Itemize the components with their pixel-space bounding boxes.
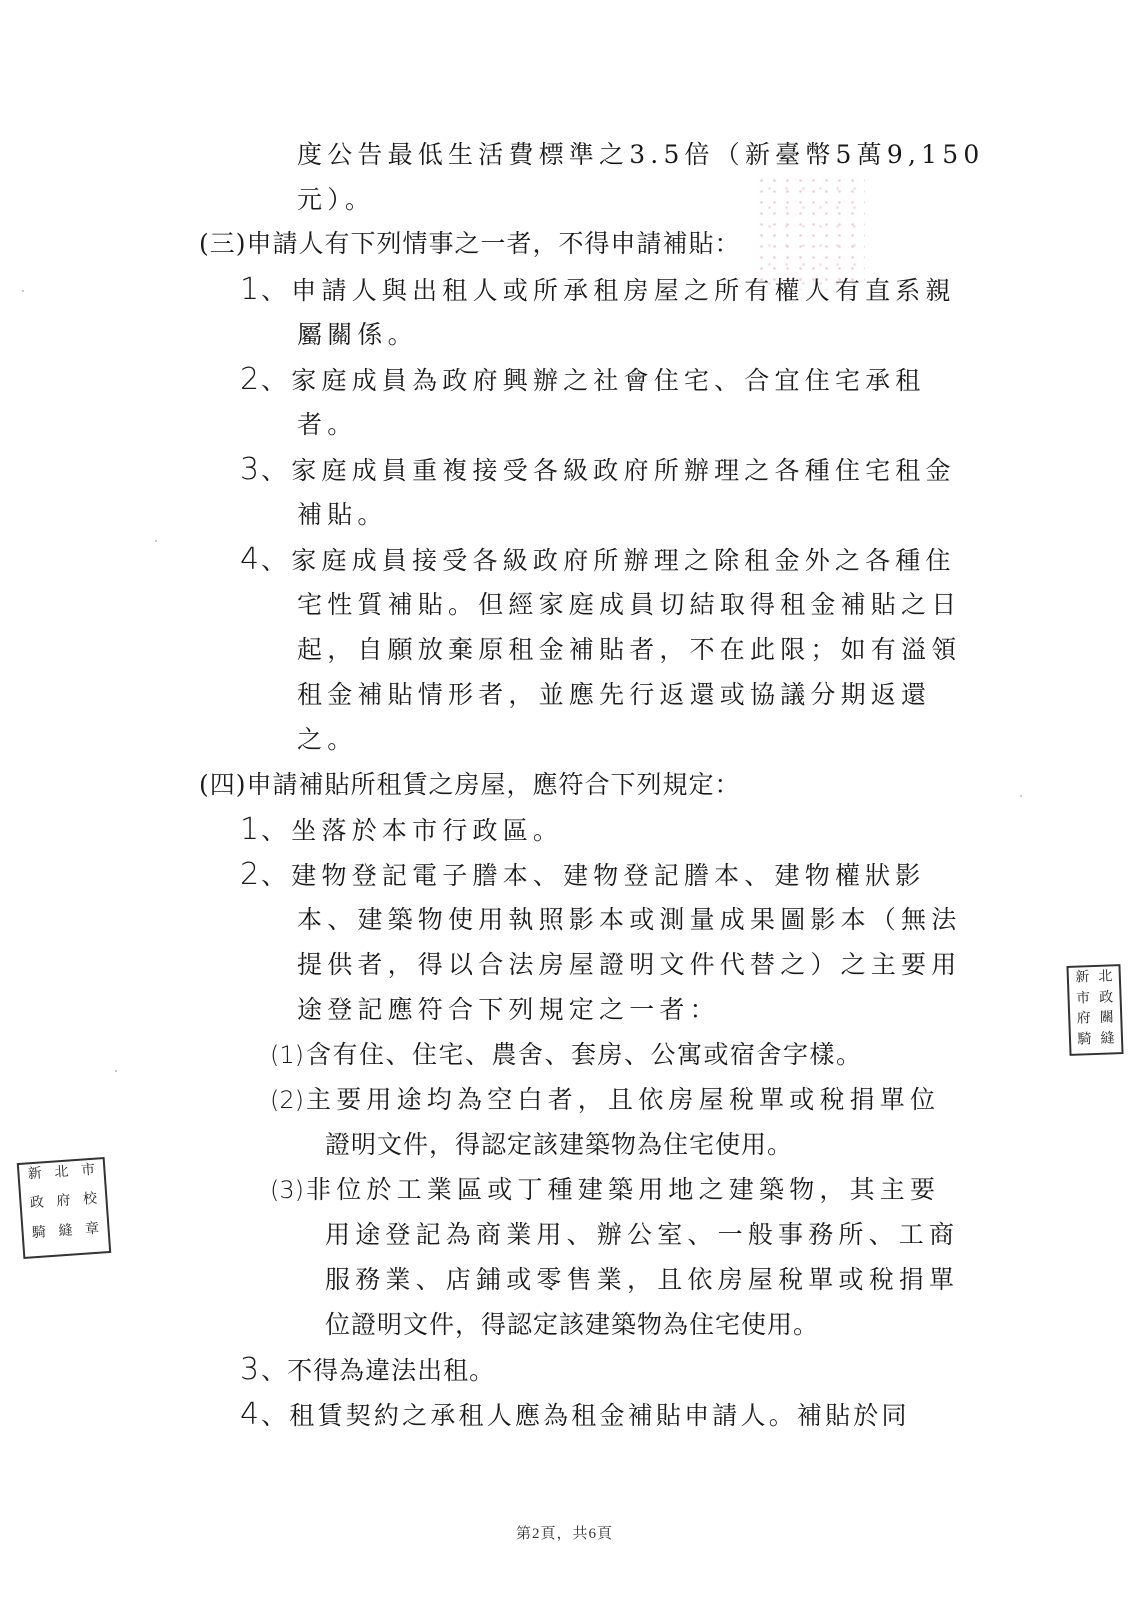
item-text: 非位於工業區或丁種建築用地之建築物，其主要 xyxy=(306,1175,940,1204)
item-number: (3) xyxy=(270,1176,304,1204)
text-line: 租金補貼情形者，並應先行返還或協議分期返還 xyxy=(297,680,931,710)
list-item: 4、家庭成員接受各級政府所辦理之除租金外之各種住 xyxy=(240,545,956,576)
item-text: 、家庭成員重複接受各級政府所辦理之各種住宅租金 xyxy=(261,456,956,485)
text-line: 用途登記為商業用、辦公室、一般事務所、工商 xyxy=(325,1220,959,1250)
list-item: 2、建物登記電子謄本、建物登記謄本、建物權狀影 xyxy=(240,860,926,891)
scan-speck xyxy=(22,290,24,292)
text-line: 位證明文件，得認定該建築物為住宅使用。 xyxy=(325,1310,819,1340)
text-line: 元）。 xyxy=(297,185,375,215)
item-number: (1) xyxy=(270,1041,304,1069)
text-line: 證明文件，得認定該建築物為住宅使用。 xyxy=(325,1130,793,1160)
text-line: 者。 xyxy=(297,410,357,440)
item-text: 、租賃契約之承租人應為租金補貼申請人。補貼於同 xyxy=(261,1401,910,1430)
item-number: 4 xyxy=(240,1397,259,1432)
text-line: 之。 xyxy=(297,725,357,755)
page-footer: 第2頁，共6頁 xyxy=(0,1522,1129,1543)
item-number: 1 xyxy=(240,272,259,307)
item-text: 、不得為違法出租。 xyxy=(261,1356,495,1385)
item-text: 、建物登記電子謄本、建物登記謄本、建物權狀影 xyxy=(261,861,925,890)
item-number: 3 xyxy=(240,1352,259,1387)
item-number: (2) xyxy=(270,1086,304,1114)
sub-list-item: (2)主要用途均為空白者，且依房屋稅單或稅捐單位 xyxy=(270,1085,940,1115)
section-heading-3: (三)申請人有下列情事之一者，不得申請補貼： xyxy=(199,229,741,259)
item-number: 3 xyxy=(240,452,259,487)
item-text: 含有住、住宅、農舍、套房、公寓或宿舍字樣。 xyxy=(306,1040,863,1069)
list-item: 3、家庭成員重複接受各級政府所辦理之各種住宅租金 xyxy=(240,455,956,486)
sub-list-item: (3)非位於工業區或丁種建築用地之建築物，其主要 xyxy=(270,1175,940,1205)
item-text: 、坐落於本市行政區。 xyxy=(261,816,563,845)
text-line: 宅性質補貼。但經家庭成員切結取得租金補貼之日 xyxy=(297,590,961,620)
item-text: 、申請人與出租人或所承租房屋之所有權人有直系親 xyxy=(261,276,956,305)
scan-speck xyxy=(115,1070,117,1072)
text-line: 屬關係。 xyxy=(297,320,418,350)
item-number: 1 xyxy=(240,812,259,847)
list-item: 3、不得為違法出租。 xyxy=(240,1355,495,1386)
item-number: 2 xyxy=(240,362,259,397)
item-number: 2 xyxy=(240,857,259,892)
text-line: 起，自願放棄原租金補貼者，不在此限；如有溢領 xyxy=(297,635,961,665)
list-item: 4、租賃契約之承租人應為租金補貼申請人。補貼於同 xyxy=(240,1400,910,1431)
section-heading-4: (四)申請補貼所租賃之房屋，應符合下列規定： xyxy=(199,770,741,800)
text-line: 服務業、店鋪或零售業，且依房屋稅單或稅捐單 xyxy=(325,1265,959,1295)
item-text: 、家庭成員為政府興辦之社會住宅、合宜住宅承租 xyxy=(261,366,925,395)
text-line: 補貼。 xyxy=(297,500,388,530)
seal-stamp-left: 新北市 政府校 騎縫章 xyxy=(17,1157,111,1259)
item-number: 4 xyxy=(240,542,259,577)
list-item: 1、坐落於本市行政區。 xyxy=(240,815,563,846)
sub-list-item: (1)含有住、住宅、農舍、套房、公寓或宿舍字樣。 xyxy=(270,1040,863,1070)
text-line: 提供者，得以合法房屋證明文件代替之）之主要用 xyxy=(297,950,961,980)
text-line: 本、建築物使用執照影本或測量成果圖影本（無法 xyxy=(297,905,961,935)
item-text: 、家庭成員接受各級政府所辦理之除租金外之各種住 xyxy=(261,546,956,575)
seal-stamp-right: 新北 市政 府關 騎縫 xyxy=(1066,964,1123,1056)
list-item: 1、申請人與出租人或所承租房屋之所有權人有直系親 xyxy=(240,275,956,306)
list-item: 2、家庭成員為政府興辦之社會住宅、合宜住宅承租 xyxy=(240,365,926,396)
scan-speck xyxy=(1020,795,1022,797)
ink-speckle xyxy=(755,175,865,290)
text-line: 度公告最低生活費標準之3.5倍（新臺幣5萬9,150 xyxy=(297,140,984,170)
item-text: 主要用途均為空白者，且依房屋稅單或稅捐單位 xyxy=(306,1085,940,1114)
scan-speck xyxy=(155,540,157,542)
text-line: 途登記應符合下列規定之一者： xyxy=(297,995,720,1025)
